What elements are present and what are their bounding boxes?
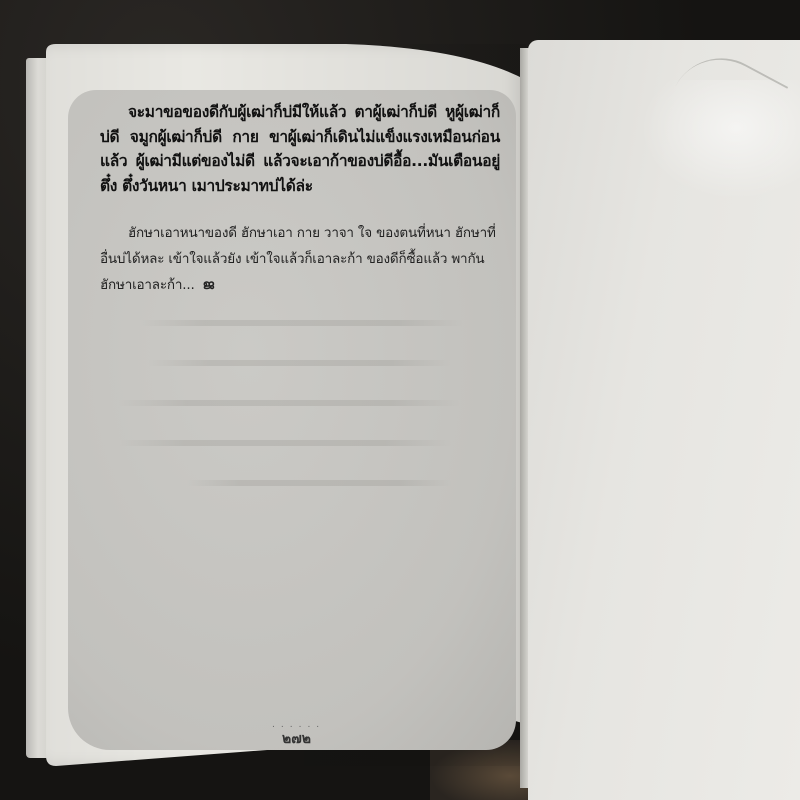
ghost-line	[186, 480, 452, 486]
end-mark-icon: ജ	[203, 277, 214, 293]
page-text: จะมาขอของดีกับผู้เฒ่าก็บ่มีให้แล้ว ตาผู้…	[100, 100, 500, 298]
ghost-line	[140, 320, 463, 326]
paragraph-1: จะมาขอของดีกับผู้เฒ่าก็บ่มีให้แล้ว ตาผู้…	[100, 100, 500, 198]
bleed-through-lines	[110, 320, 490, 520]
paragraph-2: ฮักษาเอาหนาของดี ฮักษาเอา กาย วาจา ใจ ขอ…	[100, 220, 500, 298]
page-number: ๒๗๒	[282, 728, 311, 750]
paragraph-2-text: ฮักษาเอาหนาของดี ฮักษาเอา กาย วาจา ใจ ขอ…	[100, 225, 496, 293]
ghost-line	[118, 400, 460, 406]
ghost-line	[148, 360, 452, 366]
ghost-line	[118, 440, 452, 446]
